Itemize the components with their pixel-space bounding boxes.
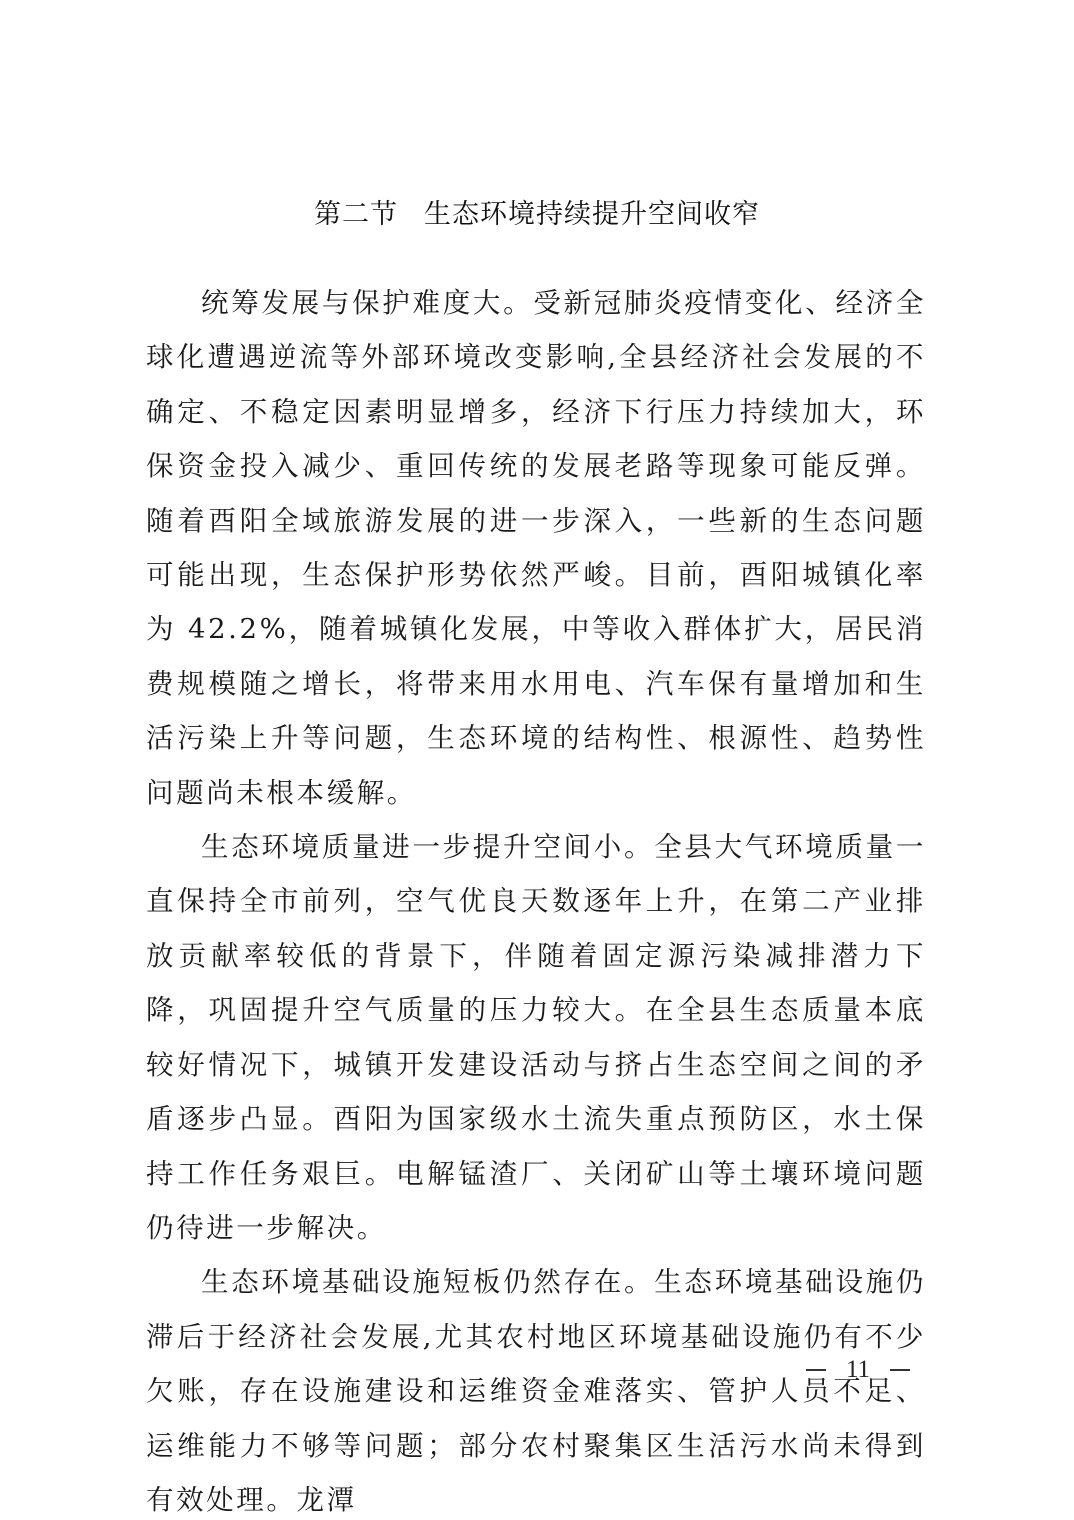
section-title-text: 生态环境持续提升空间收窄 [424,199,760,230]
paragraph-development-protection: 统筹发展与保护难度大。受新冠肺炎疫情变化、经济全球化遭遇逆流等外部环境改变影响,… [146,276,926,820]
page-number-value: 11 [846,1350,870,1390]
dash-right [890,1369,910,1371]
section-heading: 第二节生态环境持续提升空间收窄 [0,192,1074,238]
dash-left [806,1369,826,1371]
section-number: 第二节 [314,199,398,230]
body-text: 统筹发展与保护难度大。受新冠肺炎疫情变化、经济全球化遭遇逆流等外部环境改变影响,… [146,276,926,1520]
paragraph-environment-quality: 生态环境质量进一步提升空间小。全县大气环境质量一直保持全市前列，空气优良天数逐年… [146,820,926,1255]
page-number: 11 [806,1350,910,1390]
document-page: 第二节生态环境持续提升空间收窄 统筹发展与保护难度大。受新冠肺炎疫情变化、经济全… [0,0,1074,1520]
